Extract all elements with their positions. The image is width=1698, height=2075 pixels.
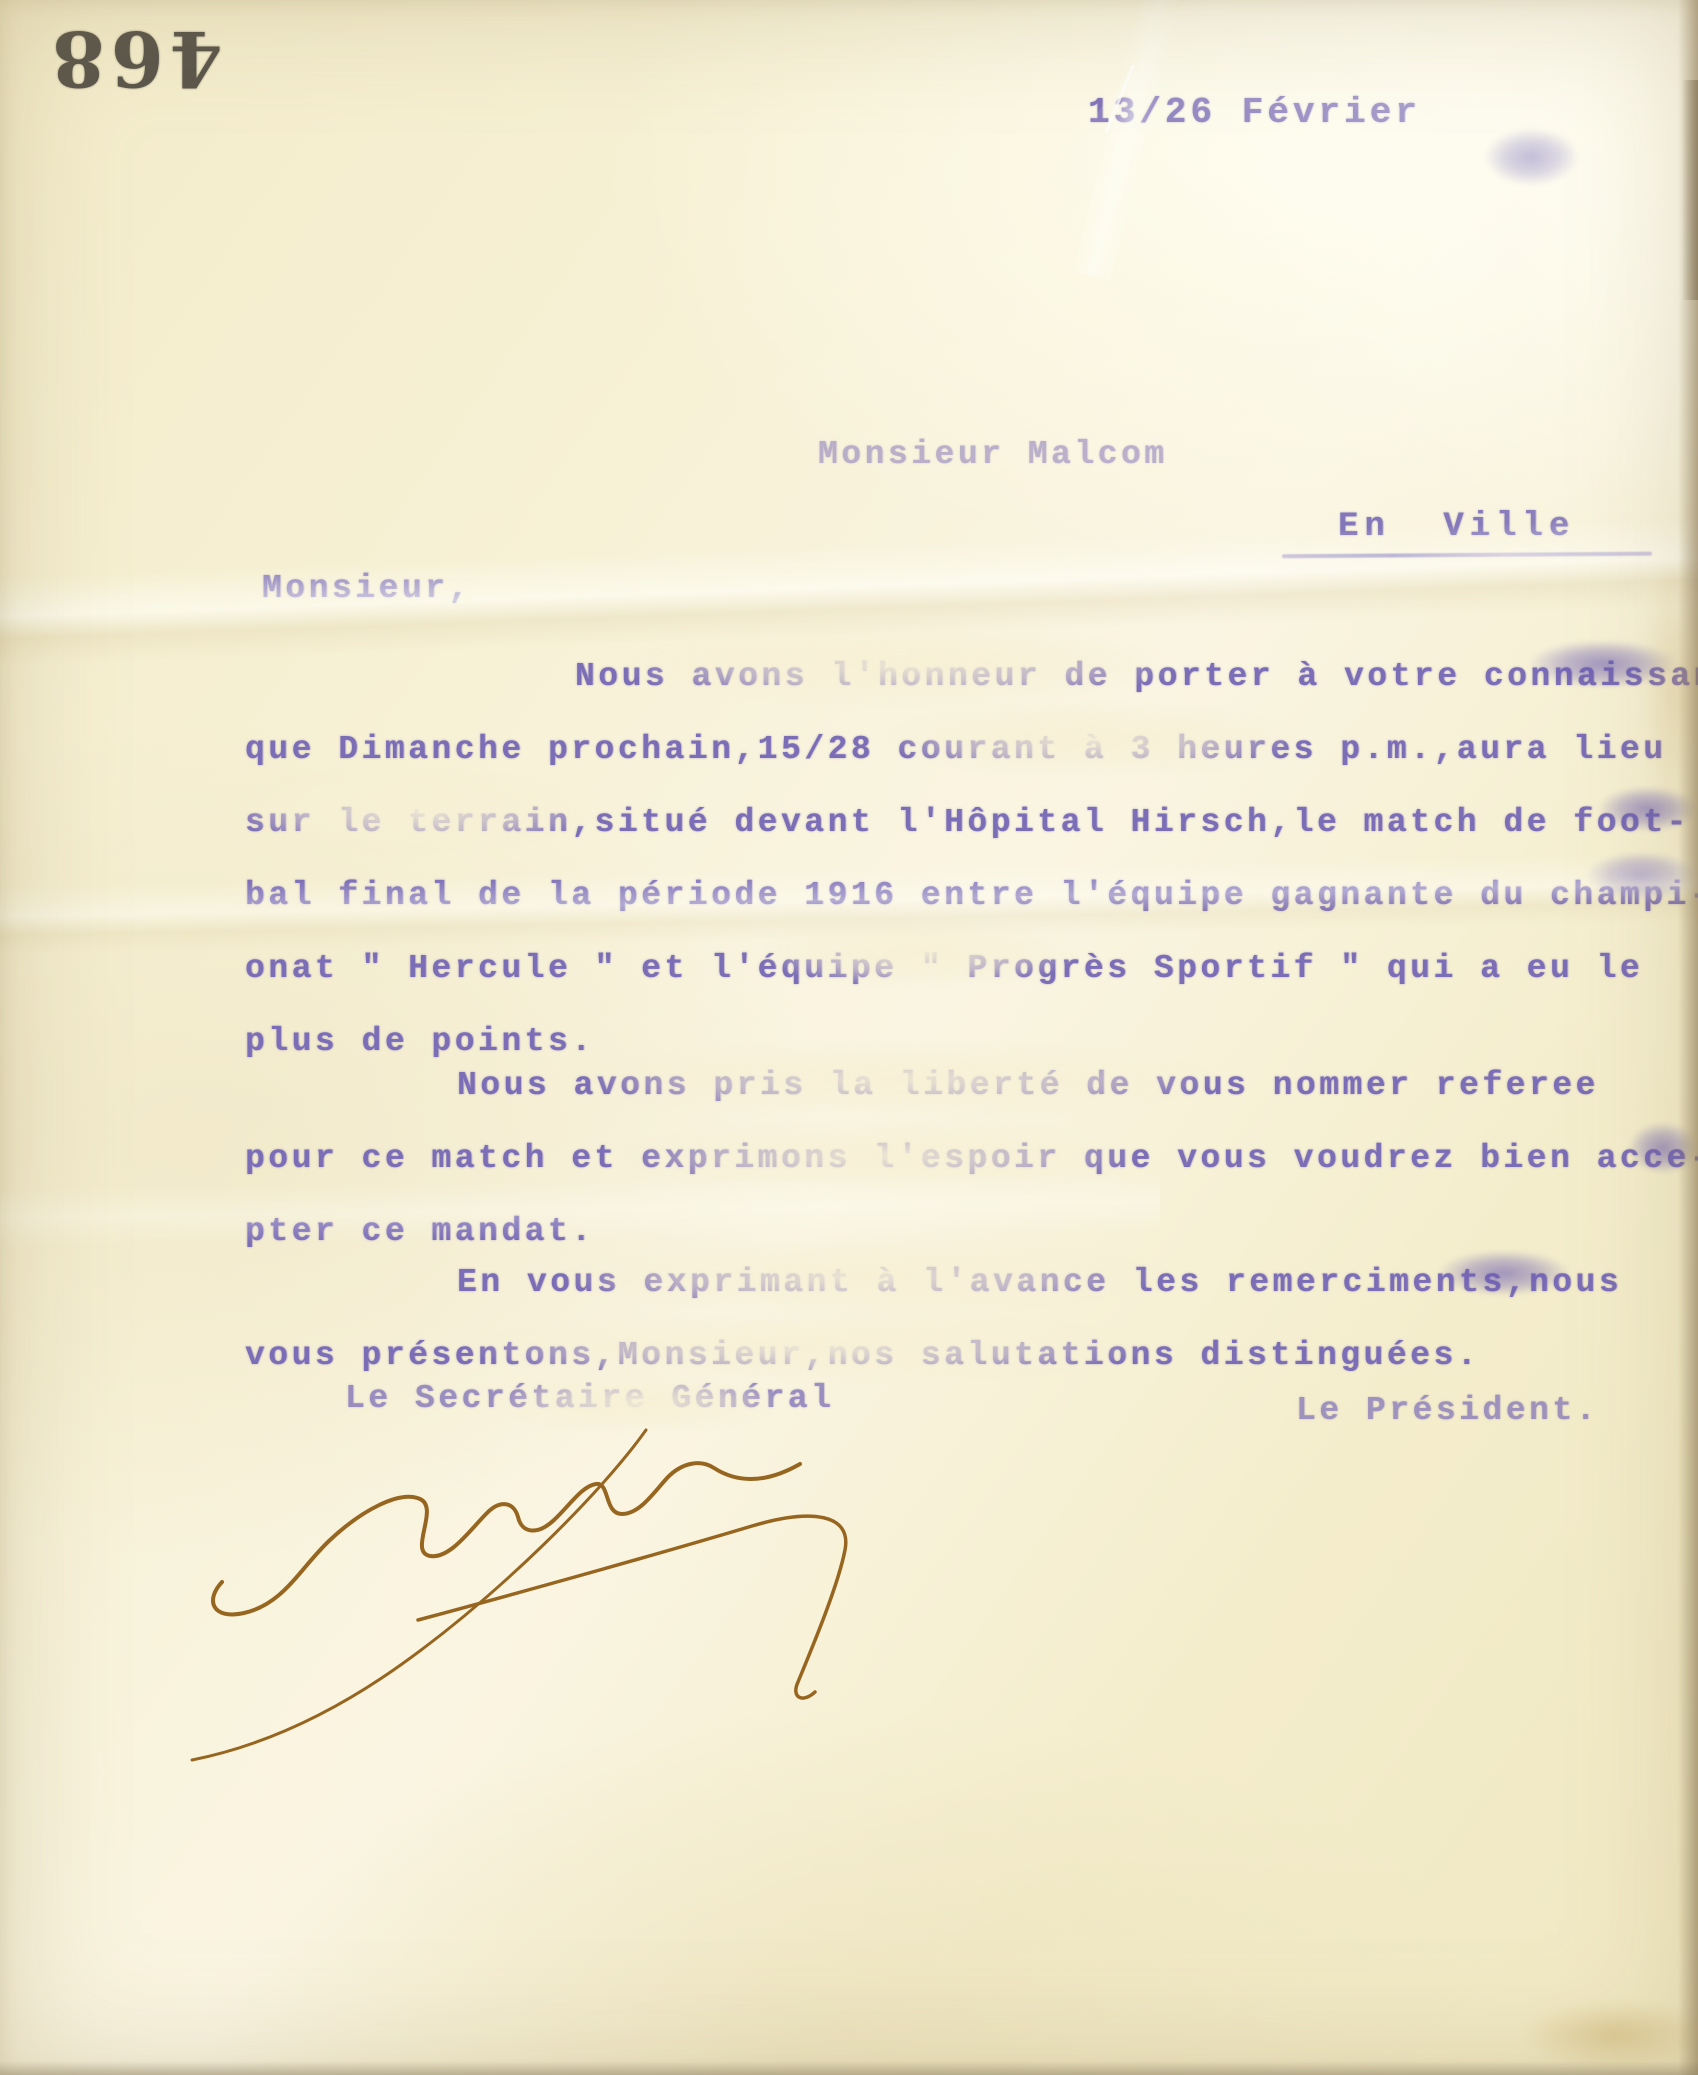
closing-secretary-label: Le Secrétaire Général xyxy=(345,1380,834,1417)
typewritten-line: pour ce match et exprimons l'espoir que … xyxy=(245,1122,1698,1195)
signature-stroke-tail xyxy=(192,1430,646,1760)
ink-smudge xyxy=(1438,1250,1570,1296)
ink-blot-after-date xyxy=(1484,128,1579,186)
addressee-line: Monsieur Malcom xyxy=(818,436,1168,473)
scan-edge-right xyxy=(1678,0,1698,2075)
scan-edge-bottom xyxy=(0,2061,1698,2075)
location-line: En Ville xyxy=(1338,508,1575,546)
typewritten-line: sur le terrain,situé devant l'Hôpital Hi… xyxy=(245,786,1698,859)
corner-stain xyxy=(1520,2000,1698,2070)
location-underline-stroke xyxy=(1282,552,1652,559)
paper-crease xyxy=(1069,0,1186,281)
typewritten-line: Nous avons pris la liberté de vous nomme… xyxy=(245,1049,1698,1122)
typewritten-line: que Dimanche prochain,15/28 courant à 3 … xyxy=(245,713,1698,786)
typewritten-line: Nous avons l'honneur de porter à votre c… xyxy=(245,640,1698,713)
typewritten-line: bal final de la période 1916 entre l'équ… xyxy=(245,859,1698,932)
paragraph-referee-request: Nous avons pris la liberté de vous nomme… xyxy=(245,1049,1698,1268)
typewritten-line: onat " Hercule " et l'équipe " Progrès S… xyxy=(245,932,1698,1005)
scan-edge-right-dark xyxy=(1682,80,1698,300)
date-line: 13/26 Février xyxy=(1088,92,1421,133)
letter-page: 468 13/26 Février Monsieur Malcom En Vil… xyxy=(0,0,1698,2075)
salutation-text: Monsieur, xyxy=(262,570,472,607)
page-number-stamp: 468 xyxy=(46,14,223,103)
handwritten-signature xyxy=(150,1422,970,1782)
paragraph-announcement: Nous avons l'honneur de porter à votre c… xyxy=(245,640,1698,1078)
signature-stroke-flourish xyxy=(418,1516,846,1698)
closing-president-label: Le Président. xyxy=(1296,1392,1599,1429)
